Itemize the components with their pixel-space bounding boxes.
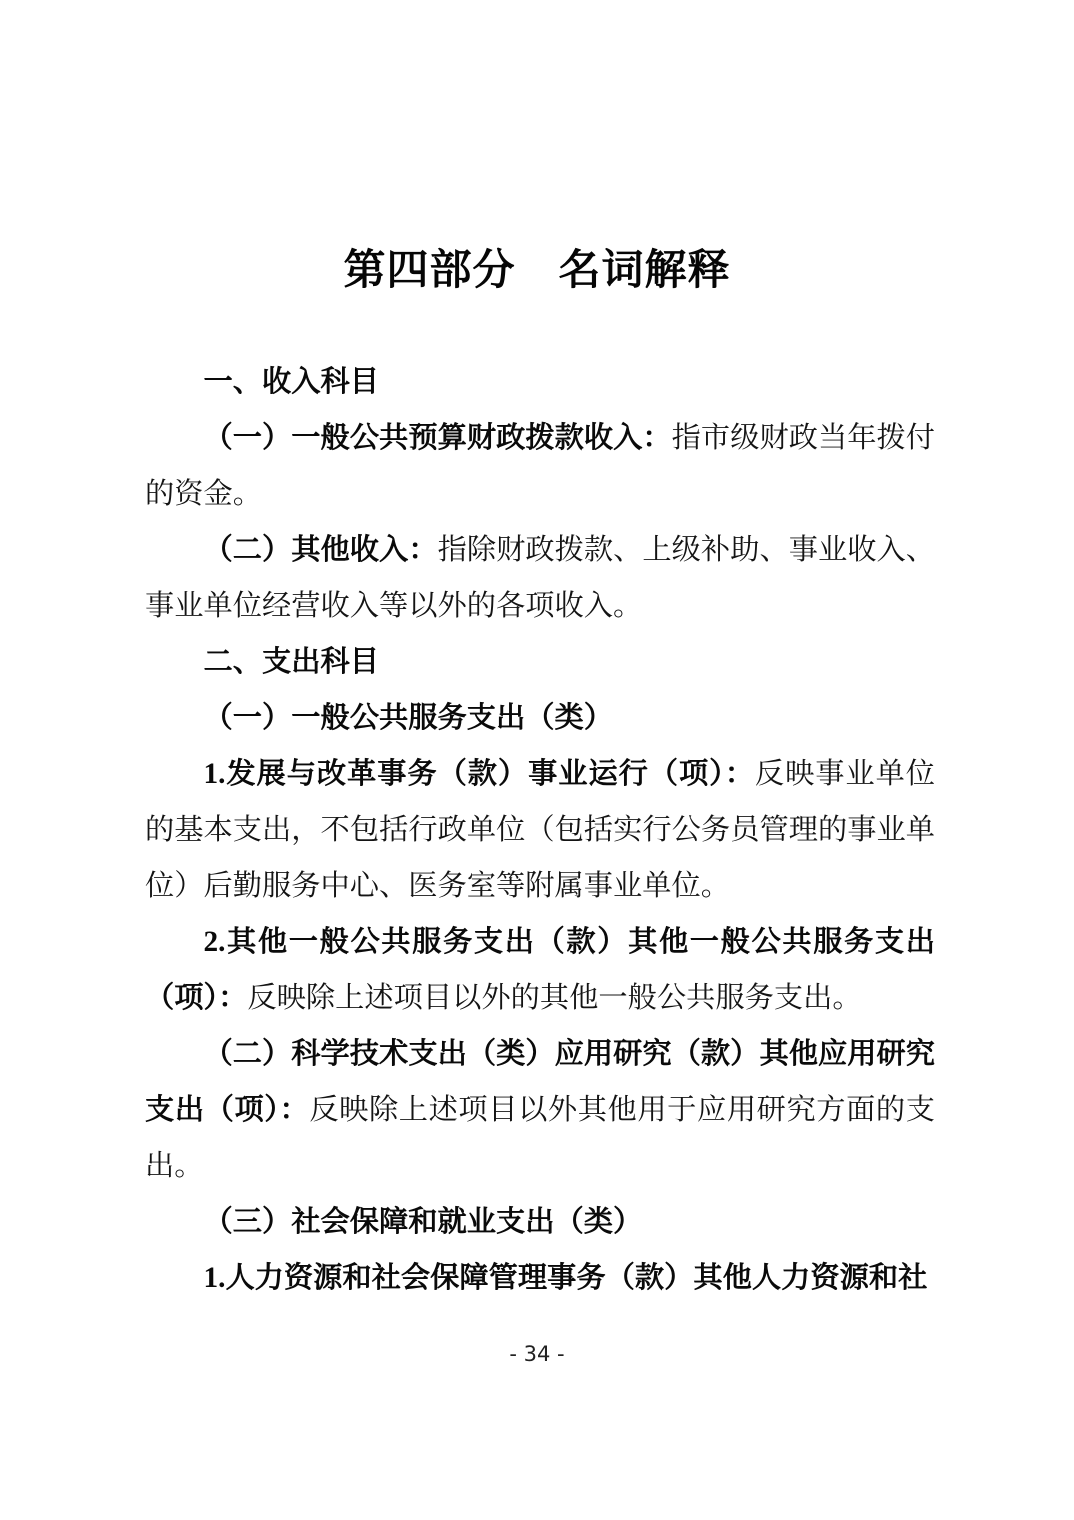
term-general-budget-revenue: （一）一般公共预算财政拨款收入：指市级财政当年拨付的资金。 — [145, 410, 935, 522]
term-social-security-category-text: （三）社会保障和就业支出（类） — [204, 1206, 643, 1238]
document-title: 第四部分 名词解释 — [0, 0, 1074, 296]
term-general-public-service-category-text: （一）一般公共服务支出（类） — [204, 702, 614, 734]
term-general-public-service-category: （一）一般公共服务支出（类） — [145, 690, 935, 746]
document-body: 一、收入科目 （一）一般公共预算财政拨款收入：指市级财政当年拨付的资金。 （二）… — [145, 354, 935, 1306]
section-heading-expenditure: 二、支出科目 — [145, 634, 935, 690]
term-science-technology: （二）科学技术支出（类）应用研究（款）其他应用研究支出（项）：反映除上述项目以外… — [145, 1026, 935, 1194]
term-other-revenue-lead: （二）其他收入： — [204, 534, 438, 566]
document-page: 第四部分 名词解释 一、收入科目 （一）一般公共预算财政拨款收入：指市级财政当年… — [0, 0, 1074, 1520]
term-social-security-category: （三）社会保障和就业支出（类） — [145, 1194, 935, 1250]
term-development-reform-affairs-lead: 1.发展与改革事务（款）事业运行（项）： — [204, 758, 755, 790]
term-general-budget-revenue-lead: （一）一般公共预算财政拨款收入： — [204, 422, 672, 454]
term-hr-social-security-lead: 1.人力资源和社会保障管理事务（款）其他人力资源和社 — [204, 1262, 928, 1294]
term-other-general-public-service: 2.其他一般公共服务支出（款）其他一般公共服务支出（项）：反映除上述项目以外的其… — [145, 914, 935, 1026]
section-heading-expenditure-text: 二、支出科目 — [204, 646, 380, 678]
page-number: - 34 - — [0, 1342, 1074, 1366]
term-hr-social-security-truncated: 1.人力资源和社会保障管理事务（款）其他人力资源和社 — [145, 1250, 935, 1306]
section-heading-income: 一、收入科目 — [145, 354, 935, 410]
section-heading-income-text: 一、收入科目 — [204, 366, 380, 398]
term-other-general-public-service-definition: 反映除上述项目以外的其他一般公共服务支出。 — [247, 982, 861, 1014]
term-other-revenue: （二）其他收入：指除财政拨款、上级补助、事业收入、事业单位经营收入等以外的各项收… — [145, 522, 935, 634]
term-development-reform-affairs: 1.发展与改革事务（款）事业运行（项）：反映事业单位的基本支出，不包括行政单位（… — [145, 746, 935, 914]
